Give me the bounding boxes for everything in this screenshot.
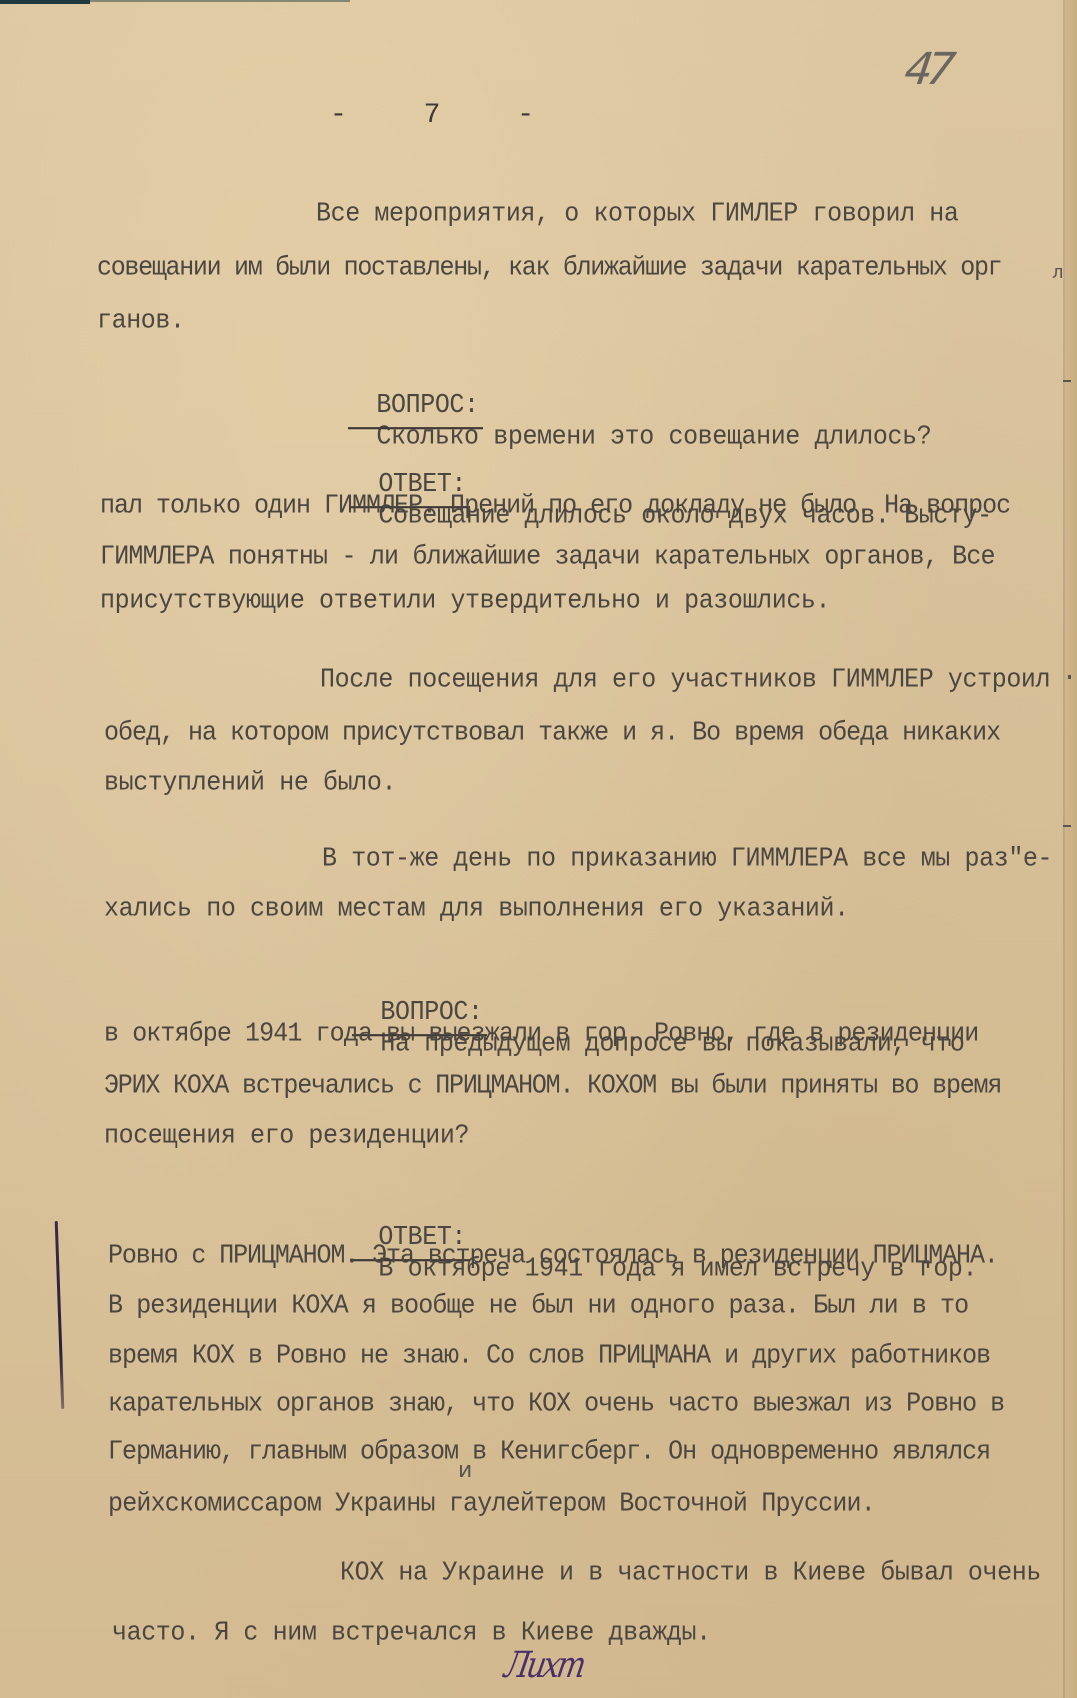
text-line: в октябре 1941 года вы выезжали в гор. Р… — [104, 1018, 978, 1049]
paper-fold — [1063, 0, 1065, 1698]
text-line: карательных органов знаю, что КОХ очень … — [108, 1388, 1004, 1419]
text-line: Ровно с ПРИЦМАНОМ. Эта встреча состоялас… — [108, 1240, 998, 1271]
text-line: КОХ на Украине и в частности в Киеве быв… — [340, 1557, 1041, 1588]
margin-dot — [1068, 675, 1071, 679]
signature: Лихт — [501, 1645, 586, 1687]
text-line: обед, на котором присутствовал также и я… — [104, 717, 1000, 748]
margin-insert: л — [1052, 262, 1064, 283]
text-line: выступлений не было. — [104, 767, 396, 798]
question-label: ВОПРОС: — [376, 389, 478, 420]
page-number: - 7 - — [330, 100, 564, 131]
text-line: В резиденции КОХА я вообще не был ни одн… — [108, 1290, 968, 1321]
text-line: пал только один ГИММЛЕР. Прений по его д… — [100, 490, 1010, 521]
scan-edge — [0, 0, 90, 4]
text-line: посещения его резиденции? — [104, 1120, 469, 1151]
text-line: ганов. — [97, 305, 185, 336]
text-line: Все мероприятия, о которых ГИМЛЕР говори… — [316, 198, 959, 229]
text-line: ГИММЛЕРА понятны - ли ближайшие задачи к… — [100, 541, 995, 572]
text-line: ЭРИХ КОХА встречались с ПРИЦМАНОМ. КОХОМ… — [104, 1070, 1001, 1101]
document-page: 47 - 7 - Все мероприятия, о которых ГИМЛ… — [0, 0, 1077, 1698]
text-line: В тот-же день по приказанию ГИММЛЕРА все… — [322, 843, 1052, 874]
text-line: время КОХ в Ровно не знаю. Со слов ПРИЦМ… — [108, 1340, 990, 1371]
text-line: Германию, главным образом в Кенигсберг. … — [108, 1436, 990, 1467]
margin-tick — [1063, 380, 1071, 382]
text-line: рейхскомиссаром Украины гаулейтером Вост… — [108, 1488, 875, 1519]
text-line: часто. Я с ним встречался в Киеве дважды… — [112, 1617, 711, 1648]
folio-number: 47 — [901, 44, 952, 95]
scan-edge — [90, 0, 350, 2]
text-line: хались по своим местам для выполнения ег… — [104, 893, 849, 924]
paper-edge — [1065, 0, 1077, 1698]
margin-vertical-line — [55, 1221, 65, 1409]
text-line: присутствующие ответили утвердительно и … — [100, 585, 830, 616]
text-line: После посещения для его участников ГИММЛ… — [320, 664, 1050, 695]
margin-tick — [1063, 825, 1071, 827]
text-line: совещании им были поставлены, как ближай… — [97, 252, 1001, 283]
handwritten-insert: и — [458, 1458, 472, 1483]
